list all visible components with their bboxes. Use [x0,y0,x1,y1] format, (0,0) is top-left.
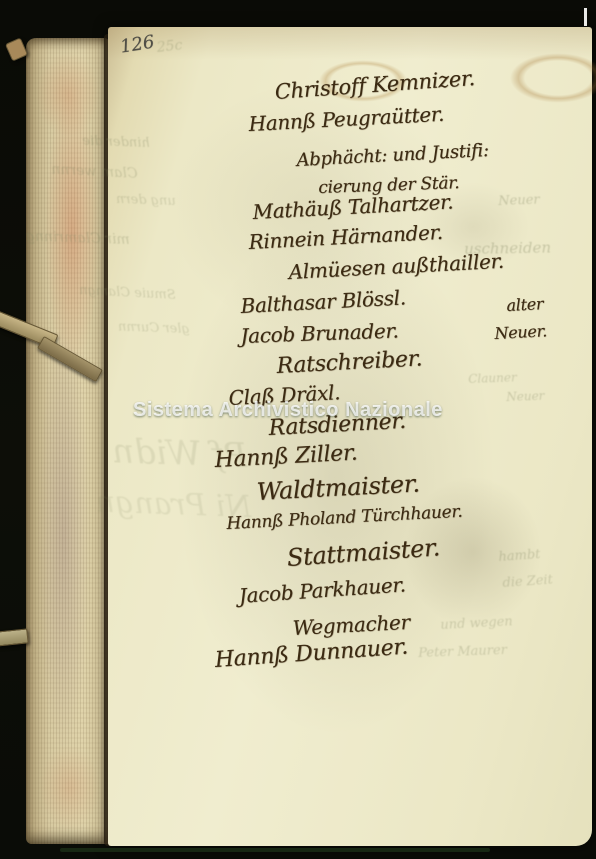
water-stain-ring [308,55,418,107]
book-fore-edge [26,38,110,844]
book-bottom-edge [60,848,490,852]
leather-tie-nub [5,37,28,61]
scan-artifact-tick [584,8,587,26]
water-stain-ring [498,47,596,109]
archive-watermark: Sistema Archivistico Nazionale [133,399,443,422]
manuscript-photo: 25chinder dieClam wernnung dernmir Clamr… [0,0,596,859]
manuscript-page [108,27,592,846]
dark-smudge [378,447,568,657]
leather-tie-stub [0,628,29,646]
faint-smudge [398,167,548,287]
